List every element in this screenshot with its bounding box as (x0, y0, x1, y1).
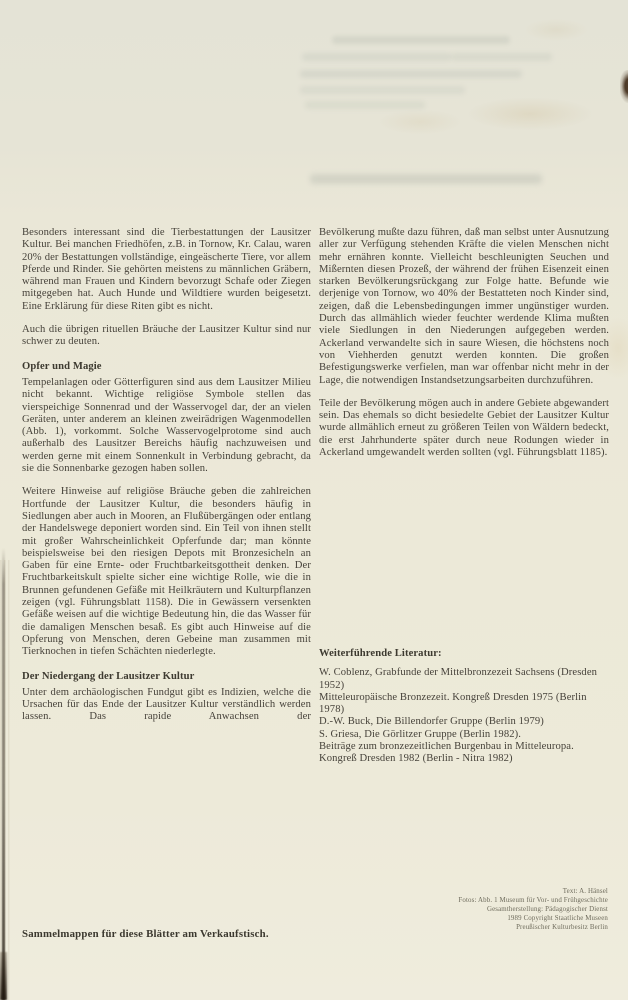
paragraph-tierbestattungen: Besonders interessant sind die Tierbesta… (22, 227, 311, 313)
literature-entry: S. Griesa, Die Görlitzer Gruppe (Berlin … (319, 729, 609, 741)
bleedthrough-ghost (452, 53, 552, 61)
credit-line-gesamtherstellung: Gesamtherstellung: Pädagogischer Dienst (348, 905, 608, 914)
bleedthrough-ghost (310, 174, 542, 184)
bleedthrough-ghost (305, 101, 425, 109)
paragraph-bevoelkerung: Bevölkerung mußte dazu führen, daß man s… (319, 227, 609, 387)
literature-entry: D.-W. Buck, Die Billendorfer Gruppe (Ber… (319, 716, 609, 728)
literature-entry: Mitteleuropäische Bronzezeit. Kongreß Dr… (319, 692, 609, 717)
credit-line-fotos: Fotos: Abb. 1 Museum für Vor- und Frühge… (348, 896, 608, 905)
bleedthrough-ghost (332, 36, 510, 44)
paragraph-hortfunde: Weitere Hinweise auf religiöse Bräuche g… (22, 486, 311, 658)
bleedthrough-ghost (300, 86, 465, 94)
footer-sales-note: Sammelmappen für diese Blätter am Verkau… (22, 928, 269, 940)
bleedthrough-ghost (302, 53, 452, 61)
right-column: Bevölkerung mußte dazu führen, daß man s… (319, 227, 609, 470)
literature-entry: W. Coblenz, Grabfunde der Mittelbronzeze… (319, 667, 609, 692)
scanned-book-page: Besonders interessant sind die Tierbesta… (0, 0, 628, 1000)
literature-heading: Weiterführende Literatur: (319, 648, 609, 660)
paragraph-rituelle-braeuche: Auch die übrigen rituellen Bräuche der L… (22, 324, 311, 349)
credit-line-text-author: Text: A. Hänsel (348, 887, 608, 896)
binding-crease (2, 548, 5, 1000)
left-column: Besonders interessant sind die Tierbesta… (22, 227, 311, 735)
paragraph-abwanderung: Teile der Bevölkerung mögen auch in ande… (319, 398, 609, 459)
literature-entry: Beiträge zum bronzezeitlichen Burgenbau … (319, 741, 609, 766)
credit-line-kulturbesitz: Preußischer Kulturbesitz Berlin (348, 923, 608, 932)
section-heading-opfer-und-magie: Opfer und Magie (22, 361, 311, 373)
paragraph-fundgut: Unter dem archäologischen Fundgut gibt e… (22, 687, 311, 724)
literature-section: Weiterführende Literatur: W. Coblenz, Gr… (319, 648, 609, 766)
imprint-credits: Text: A. Hänsel Fotos: Abb. 1 Museum für… (348, 887, 608, 932)
paragraph-tempelanlagen: Tempelanlagen oder Götterfiguren sind au… (22, 377, 311, 475)
bleedthrough-ghost (300, 70, 522, 78)
credit-line-copyright: 1989 Copyright Staatliche Museen (348, 914, 608, 923)
binding-crease-foot (0, 952, 7, 1000)
right-edge-mark (620, 70, 628, 103)
section-heading-niedergang: Der Niedergang der Lausitzer Kultur (22, 671, 311, 683)
